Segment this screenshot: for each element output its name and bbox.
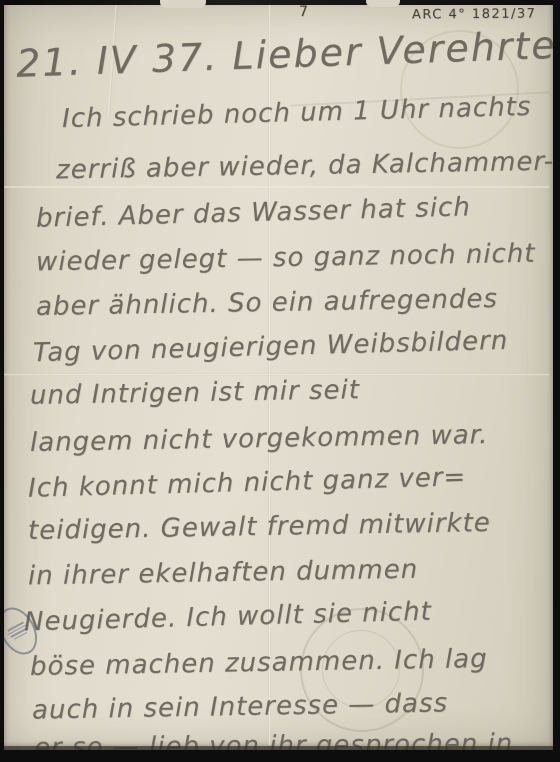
archive-shelfmark-annotation: ARC 4° 1821/37 bbox=[412, 6, 537, 22]
paper-torn-edge bbox=[366, 0, 400, 7]
handwritten-line: und Intrigen ist mir seit bbox=[30, 375, 360, 411]
letter-scan: 7 ARC 4° 1821/37 21. IV 37. Lieber Vereh… bbox=[0, 0, 560, 762]
scan-edge bbox=[0, 750, 560, 762]
paper-torn-edge bbox=[160, 0, 206, 8]
page-number-annotation: 7 bbox=[299, 4, 308, 20]
scan-edge bbox=[0, 0, 4, 762]
scan-edge bbox=[0, 0, 560, 5]
scan-edge bbox=[553, 0, 560, 762]
